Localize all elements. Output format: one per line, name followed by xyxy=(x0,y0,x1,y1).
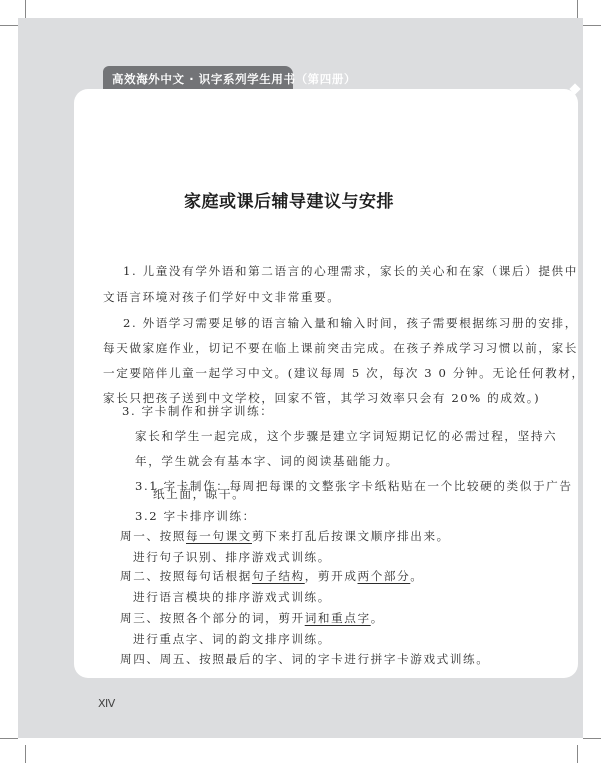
crop-mark xyxy=(0,25,18,26)
paragraph-line: 文语言环境对孩子们学好中文非常重要。 xyxy=(103,289,341,305)
crop-mark xyxy=(25,0,26,18)
paragraph-line: 1. 儿童没有学外语和第二语言的心理需求，家长的关心和在家（课后）提供中 xyxy=(123,263,578,279)
underlined-phrase: 两个部分 xyxy=(358,569,411,583)
schedule-line-monday: 周一、按照每一句课文剪下来打乱后按课文顺序排出来。 xyxy=(120,528,450,544)
schedule-line-thursday-friday: 周四、周五、按照最后的字、词的字卡进行拼字卡游戏式训练。 xyxy=(120,651,489,667)
crop-mark xyxy=(25,745,26,763)
crop-mark xyxy=(577,745,578,763)
page-number: XIV xyxy=(98,697,115,710)
schedule-line-wednesday: 周三、按照各个部分的词，剪开词和重点字。 xyxy=(120,610,384,626)
crop-mark xyxy=(583,738,601,739)
paragraph-line: 进行句子识别、排序游戏式训练。 xyxy=(133,549,331,565)
subsection-heading: 3.2 字卡排序训练： xyxy=(135,508,256,524)
page-title: 家庭或课后辅导建议与安排 xyxy=(0,187,578,212)
book-title: 高效海外中文 · 识字系列学生用书（第四册） xyxy=(112,71,356,87)
underlined-phrase: 每一句课文 xyxy=(186,529,252,543)
underlined-phrase: 词和重点字 xyxy=(305,611,371,625)
paragraph-line: 纸上面，晾干。 xyxy=(153,486,245,502)
paragraph-line: 每天做家庭作业，切记不要在临上课前突击完成。在孩子养成学习习惯以前，家长 xyxy=(103,340,578,356)
crop-mark xyxy=(577,0,578,18)
paragraph-line: 一定要陪伴儿童一起学习中文。(建议每周 5 次，每次 3 0 分钟。无论任何教材… xyxy=(103,365,585,381)
paragraph-line: 年，学生就会有基本字、词的阅读基础能力。 xyxy=(135,453,399,469)
schedule-line-tuesday: 周二、按照每句话根据句子结构，剪开成两个部分。 xyxy=(120,568,424,584)
paragraph-line: 进行重点字、词的韵文排序训练。 xyxy=(133,631,331,647)
paragraph-line: 进行语言模块的排序游戏式训练。 xyxy=(133,589,331,605)
paragraph-line: 2. 外语学习需要足够的语言输入量和输入时间，孩子需要根据练习册的安排， xyxy=(123,315,578,331)
paragraph-line: 家长和学生一起完成，这个步骤是建立字词短期记忆的必需过程，坚持六 xyxy=(135,428,557,444)
crop-mark xyxy=(583,25,601,26)
book-title-tab: 高效海外中文 · 识字系列学生用书（第四册） xyxy=(103,66,293,90)
section-heading: 3. 字卡制作和拼字训练： xyxy=(122,403,274,419)
crop-mark xyxy=(0,738,18,739)
underlined-phrase: 句子结构 xyxy=(252,569,305,583)
